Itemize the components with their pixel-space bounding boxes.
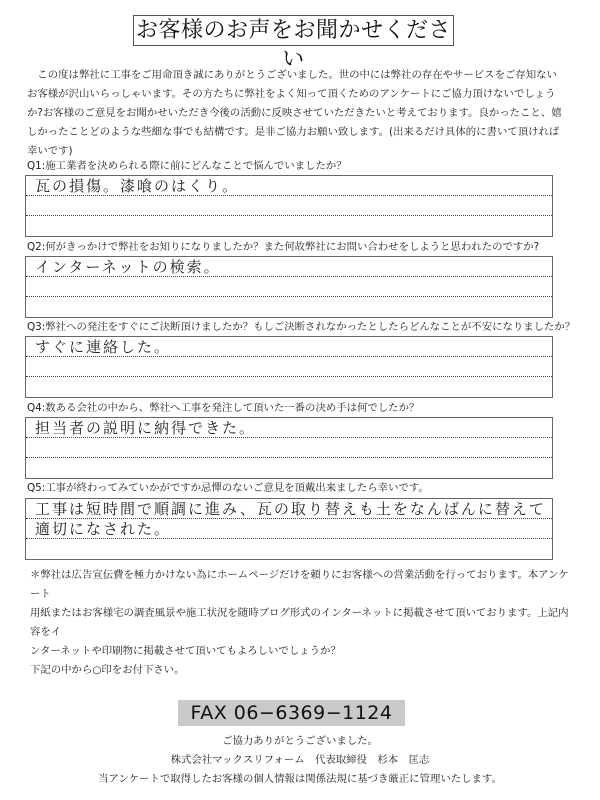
privacy-notice: 当アンケートで取得したお客様の個人情報は関係法規に基づき厳正に管理いたします。 — [0, 772, 600, 786]
answer-line[interactable]: インターネットの検索。 — [26, 257, 552, 277]
answer-box-q3[interactable]: すぐに連絡した。 — [25, 336, 553, 398]
answer-line[interactable] — [26, 539, 552, 559]
answer-line[interactable] — [26, 196, 552, 216]
answer-box-q5[interactable]: 工事は短時間で順調に進み、瓦の取り替えも土をなんばんに替えて 適切になされた。 — [25, 498, 553, 560]
publication-notice: ＊弊社は広告宣伝費を極力かけない為にホームページだけを頼りにお客様への営業活動を… — [30, 566, 570, 680]
handwritten-answer: 瓦の損傷。漆喰のはくり。 — [35, 177, 239, 195]
question-label-q4: Q4:数ある会社の中から、弊社へ工事を発注して頂いた一番の決め手は何でしたか？ — [27, 401, 419, 415]
question-label-q1: Q1:施工業者を決められる際に前にどんなことで悩んでいましたか？ — [27, 159, 347, 173]
intro-paragraph: この度は弊社に工事をご用命頂き誠にありがとうございました。世の中には弊社の存在や… — [27, 66, 567, 161]
handwritten-answer: 担当者の説明に納得できた。 — [35, 419, 256, 437]
notice-line: 下記の中から○印をお付下さい。 — [30, 661, 570, 680]
answer-line[interactable] — [26, 277, 552, 297]
intro-text: この度は弊社に工事をご用命頂き誠にありがとうございました。世の中には弊社の存在や… — [27, 66, 567, 161]
answer-line[interactable] — [26, 297, 552, 317]
answer-line[interactable]: 工事は短時間で順調に進み、瓦の取り替えも土をなんばんに替えて — [26, 499, 552, 519]
fax-number: FAX 06−6369−1124 — [178, 700, 405, 726]
answer-line[interactable] — [26, 357, 552, 377]
answer-line[interactable]: すぐに連絡した。 — [26, 337, 552, 357]
notice-line: ＊弊社は広告宣伝費を極力かけない為にホームページだけを頼りにお客様への営業活動を… — [30, 566, 570, 604]
handwritten-answer: 適切になされた。 — [35, 520, 171, 538]
answer-line[interactable]: 担当者の説明に納得できた。 — [26, 418, 552, 438]
answer-line[interactable] — [26, 216, 552, 236]
answer-line[interactable]: 瓦の損傷。漆喰のはくり。 — [26, 176, 552, 196]
notice-line: ンターネットや印刷物に掲載させて頂いてもよろしいでしょうか？ — [30, 642, 570, 661]
thanks-text: ご協力ありがとうございました。 — [0, 734, 600, 748]
answer-line[interactable] — [26, 438, 552, 458]
answer-line[interactable] — [26, 458, 552, 478]
answer-box-q2[interactable]: インターネットの検索。 — [25, 256, 553, 318]
answer-box-q4[interactable]: 担当者の説明に納得できた。 — [25, 417, 553, 479]
answer-line[interactable] — [26, 377, 552, 397]
handwritten-answer: すぐに連絡した。 — [35, 338, 171, 356]
handwritten-answer: 工事は短時間で順調に進み、瓦の取り替えも土をなんばんに替えて — [35, 500, 546, 518]
answer-line[interactable]: 適切になされた。 — [26, 519, 552, 539]
question-label-q2: Q2:何がきっかけで弊社をお知りになりましたか？また何故弊社にお問い合わせをしよ… — [27, 240, 539, 254]
handwritten-answer: インターネットの検索。 — [35, 258, 221, 276]
notice-line: 用紙またはお客様宅の調査風景や施工状況を随時ブログ形式のインターネットに掲載させ… — [30, 604, 570, 642]
question-label-q3: Q3:弊社への発注をすぐにご決断頂けましたか？もしご決断されなかったとしたらどん… — [27, 320, 575, 334]
question-label-q5: Q5:工事が終わってみていかがですか忌憚のないご意見を頂戴出来ましたら幸いです。 — [27, 481, 429, 495]
company-signature: 株式会社マックスリフォーム 代表取締役 杉本 匡志 — [0, 753, 600, 767]
answer-box-q1[interactable]: 瓦の損傷。漆喰のはくり。 — [25, 175, 553, 237]
page-title: お客様のお声をお聞かせください — [133, 15, 454, 46]
